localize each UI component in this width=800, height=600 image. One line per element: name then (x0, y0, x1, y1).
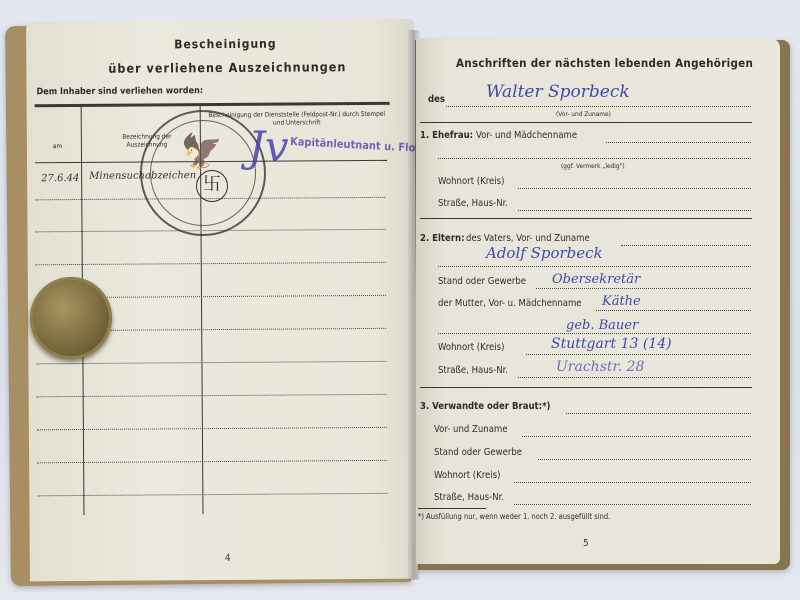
section3-stand-label: Stand oder Gewerbe (434, 447, 522, 458)
section-rule (420, 122, 752, 123)
des-line (446, 106, 751, 107)
col-header-date: am (53, 142, 62, 150)
field-line (438, 266, 751, 267)
section1-strasse-label: Straße, Haus-Nr. (438, 198, 508, 209)
row-line (37, 427, 387, 430)
section2-strasse-value: Urachstr. 28 (556, 359, 644, 375)
section3-heading: 3. Verwandte oder Braut:*) (420, 401, 550, 412)
signature: Jv (248, 122, 289, 171)
section1-hint: (ggf. Vermerk „ledig") (561, 162, 625, 170)
mother-label: der Mutter, Vor- u. Mädchenname (438, 298, 582, 309)
section2-heading: 2. Eltern: (420, 233, 465, 244)
table-top-rule (35, 102, 390, 107)
mother-value: Käthe (602, 294, 641, 309)
field-line (606, 142, 751, 143)
footnote-rule (418, 508, 486, 509)
field-line (438, 158, 751, 159)
field-line (438, 333, 751, 334)
row-line (36, 361, 386, 364)
father-label: des Vaters, Vor- und Zuname (466, 233, 590, 244)
left-title-line1: Bescheinigung (174, 37, 276, 52)
footnote: *) Ausfüllung nur, wenn weder 1. noch 2.… (418, 512, 610, 521)
mother-value-2: geb. Bauer (566, 318, 638, 333)
father-value: Adolf Sporbeck (486, 244, 603, 262)
stand-value: Obersekretär (552, 272, 640, 287)
field-line (621, 245, 751, 246)
field-line (518, 377, 751, 378)
coin (30, 277, 112, 359)
row-line (37, 493, 387, 496)
row-line (37, 394, 387, 397)
section1-heading: 1. Ehefrau: (420, 130, 473, 141)
row-date: 27.6.44 (41, 173, 79, 184)
field-line (596, 310, 751, 311)
page-number-left: 4 (225, 553, 231, 564)
left-title-line2: über verliehene Auszeichnungen (108, 59, 346, 76)
section-rule (420, 387, 752, 388)
right-title: Anschriften der nächsten lebenden Angehö… (456, 56, 753, 70)
row-line (36, 262, 386, 265)
section1-wohnort-label: Wohnort (Kreis) (438, 176, 504, 187)
field-line (522, 436, 751, 437)
stand-label: Stand oder Gewerbe (438, 276, 526, 287)
stamp-emblem-icon: 卐 (196, 170, 228, 202)
field-line (514, 504, 751, 505)
field-line (526, 354, 751, 355)
row-line (37, 460, 387, 463)
des-label: des (428, 94, 445, 105)
section3-strasse-label: Straße, Haus-Nr. (434, 492, 504, 503)
des-value: Walter Sporbeck (486, 82, 630, 102)
section3-wohnort-label: Wohnort (Kreis) (434, 470, 500, 481)
field-line (518, 210, 751, 211)
section2-strasse-label: Straße, Haus-Nr. (438, 365, 508, 376)
section1-name-label: Vor- und Mädchenname (476, 130, 577, 141)
des-hint: (Vor- und Zuname) (556, 110, 611, 118)
section3-name-label: Vor- und Zuname (434, 424, 508, 435)
section2-wohnort-label: Wohnort (Kreis) (438, 342, 504, 353)
field-line (536, 288, 751, 289)
field-line (566, 413, 751, 414)
right-page: Anschriften der nächsten lebenden Angehö… (416, 38, 780, 564)
section-rule (420, 218, 752, 219)
field-line (538, 459, 751, 460)
section2-wohnort-value: Stuttgart 13 (14) (551, 336, 672, 352)
field-line (518, 188, 751, 189)
page-number-right: 5 (583, 538, 589, 549)
field-line (514, 482, 751, 483)
left-intro: Dem Inhaber sind verliehen worden: (37, 86, 204, 97)
